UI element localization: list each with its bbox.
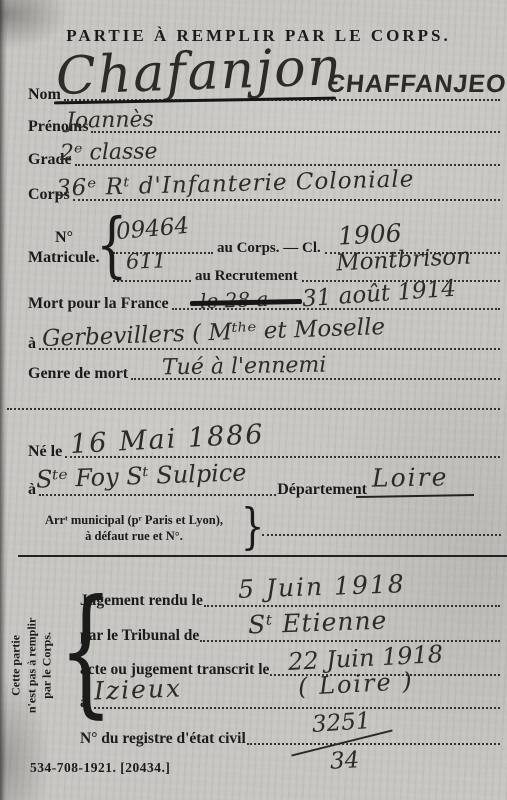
- arrondissement-label-line1: Arrᵗ municipal (pʳ Paris et Lyon),: [28, 512, 240, 528]
- nom-corrected-caps: CHAFFANJEON: [325, 70, 507, 99]
- arrondissement-label-line2: à défaut rue et N°.: [28, 528, 240, 544]
- dotted-line: [39, 492, 276, 496]
- registre-numerator: 3251: [311, 708, 371, 738]
- arrondissement-label-block: Arrᵗ municipal (pʳ Paris et Lyon), à déf…: [28, 512, 240, 545]
- genre-mort-label: Genre de mort: [28, 365, 130, 383]
- matricule-recrutement-suffix: au Recrutement: [192, 268, 301, 285]
- transcription-lieu-handwritten: Izieux: [94, 673, 183, 705]
- genre-mort-handwritten: Tué à l'ennemi: [162, 353, 327, 381]
- side-note-line2: n'est pas à remplir: [24, 589, 40, 741]
- matricule-no-label: N°: [28, 228, 100, 248]
- side-note-line3: par le Corps.: [40, 589, 56, 741]
- matricule-recrutement-number: 611: [126, 248, 167, 273]
- dotted-line: [262, 534, 501, 536]
- registre-denominator: 34: [329, 747, 360, 774]
- scan-edge-shadow: [0, 0, 7, 800]
- dotted-line: [247, 741, 500, 745]
- empty-continuation-row: [6, 406, 501, 413]
- tribunal-handwritten: Sᵗ Etienne: [248, 606, 388, 640]
- side-note-line1: Cette partie: [9, 589, 25, 741]
- departement-handwritten: Loire: [372, 462, 449, 492]
- matricule-classe: 1906: [337, 218, 402, 250]
- side-note-vertical: Cette partie n'est pas à remplir par le …: [9, 589, 56, 741]
- prenoms-handwritten: Joannès: [66, 107, 154, 134]
- dotted-line: [200, 638, 500, 642]
- matricule-label-block: N° Matricule.: [28, 228, 100, 268]
- naissance-date-label: Né le: [28, 443, 64, 461]
- section-divider: [18, 555, 507, 557]
- printer-imprint: 534-708-1921. [20434.]: [30, 760, 170, 776]
- dotted-line: [89, 705, 500, 709]
- mort-date-label: Mort pour la France: [28, 295, 171, 313]
- death-record-card: PARTIE À REMPLIR PAR LE CORPS. Nom Chafa…: [0, 0, 507, 800]
- matricule-label: Matricule.: [28, 249, 100, 266]
- grade-handwritten: 2ᵉ classe: [60, 139, 158, 166]
- mort-lieu-label: à: [28, 335, 38, 353]
- civil-section-brace: {: [59, 568, 114, 734]
- jugement-handwritten: 5 Juin 1918: [238, 569, 407, 604]
- matricule-corps-suffix: au Corps. — Cl.: [214, 240, 324, 257]
- arrondissement-brace: }: [241, 502, 264, 550]
- registre-row: N° du registre d'état civil: [80, 730, 501, 748]
- dotted-line: [7, 406, 500, 410]
